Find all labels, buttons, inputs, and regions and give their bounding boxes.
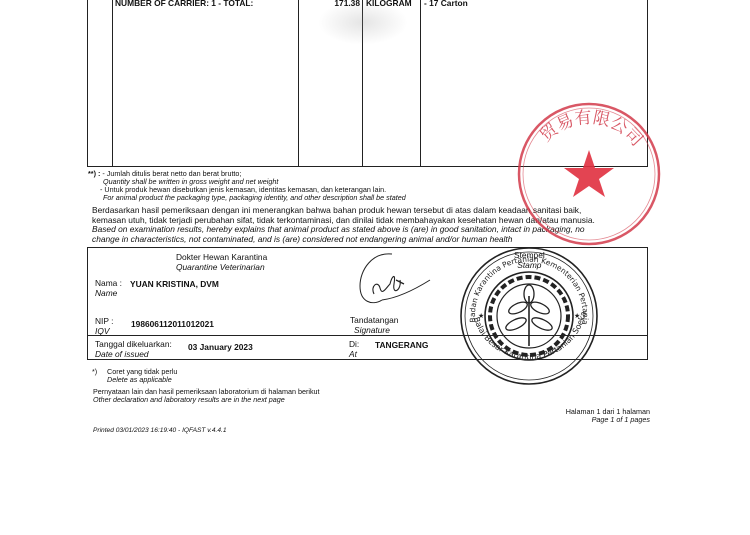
table-border-left xyxy=(87,0,88,167)
weight-unit: KILOGRAM xyxy=(366,0,412,9)
date-issued: 03 January 2023 xyxy=(188,343,253,353)
table-col-divider xyxy=(298,0,299,167)
nip-label: NIP : IQV xyxy=(95,317,113,336)
table-col-divider xyxy=(112,0,113,167)
date-label-en: Date of issued xyxy=(95,350,172,360)
weight-value: 171.38 xyxy=(300,0,360,9)
place-label: Di: At xyxy=(349,340,359,359)
page-number-en: Page 1 of 1 pages xyxy=(540,416,650,424)
place-issued: TANGERANG xyxy=(375,341,428,351)
stamp-label: Stempel Stamp xyxy=(514,251,545,270)
svg-text:★: ★ xyxy=(478,312,484,320)
company-stamp-icon: 贸易有限公司 xyxy=(515,100,663,248)
table-col-divider xyxy=(420,0,421,167)
nip-label-en: IQV xyxy=(95,327,113,337)
signature-label-en: Signature xyxy=(350,326,398,336)
stamp-label-en: Stamp xyxy=(514,261,545,271)
footnote: **) : - Jumlah ditulis berat netto dan b… xyxy=(88,170,406,202)
officer-title-en: Quarantine Veterinarian xyxy=(176,263,267,273)
officer-nip: 198606112011012021 xyxy=(131,320,214,330)
name-label-en: Name xyxy=(95,289,122,299)
officer-box-right xyxy=(647,247,648,360)
carrier-label: NUMBER OF CARRIER: 1 - TOTAL: xyxy=(115,0,253,9)
officer-box-left xyxy=(87,247,88,360)
package-count: - 17 Carton xyxy=(424,0,468,9)
delete-note-en: Delete as applicable xyxy=(92,376,177,384)
delete-note: *) Coret yang tidak perlu Delete as appl… xyxy=(92,368,177,384)
footnote-item-en: For animal product the packaging type, p… xyxy=(88,194,406,202)
signature-label: Tandatangan Signature xyxy=(350,316,398,335)
other-note-en: Other declaration and laboratory results… xyxy=(93,396,320,404)
officer-title: Dokter Hewan Karantina Quarantine Veteri… xyxy=(176,253,267,272)
date-label: Tanggal dikeluarkan: Date of issued xyxy=(95,340,172,359)
other-note: Pernyataan lain dan hasil pemeriksaan la… xyxy=(93,388,320,404)
note-marker: *) xyxy=(92,368,97,376)
page-number: Halaman 1 dari 1 halaman Page 1 of 1 pag… xyxy=(540,408,650,424)
place-label-en: At xyxy=(349,350,359,360)
signature-icon xyxy=(352,250,442,316)
printed-info: Printed 03/01/2023 16:19:40 - IQFAST v.4… xyxy=(93,427,227,434)
footnote-marker: **) : xyxy=(88,169,100,178)
svg-text:★: ★ xyxy=(574,312,580,320)
officer-name: YUAN KRISTINA, DVM xyxy=(130,280,219,290)
name-label: Nama : Name xyxy=(95,279,122,298)
